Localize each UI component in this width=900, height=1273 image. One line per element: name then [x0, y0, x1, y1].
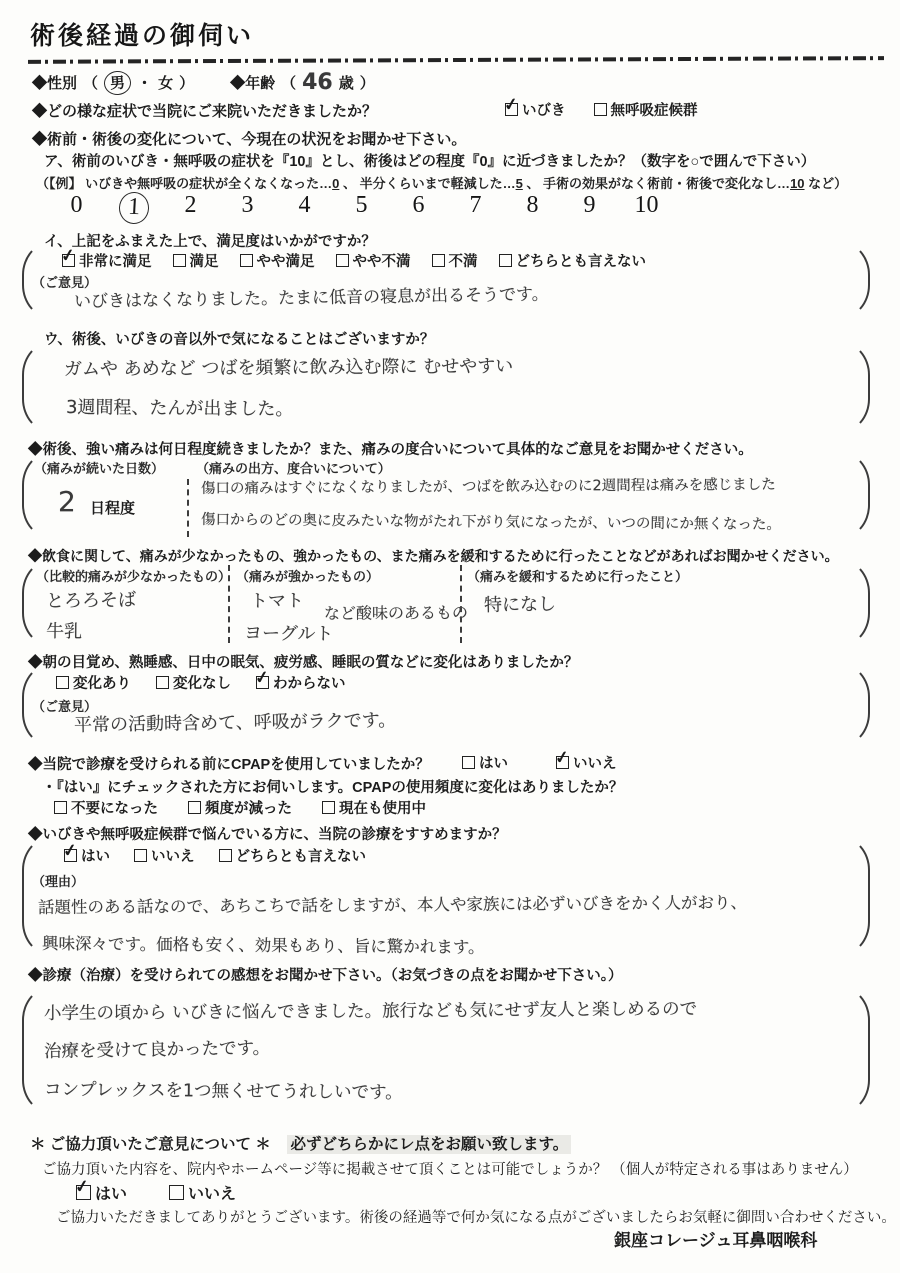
checkbox-cpap-hai-icon [462, 756, 475, 769]
scale-0: 0 [48, 192, 105, 224]
checkbox-susume-hai-icon [64, 849, 77, 862]
checkbox-hindo-hetta-icon [188, 801, 201, 814]
option-mukokyu: 無呼吸症候群 [594, 99, 698, 120]
scale-8: 8 [504, 192, 561, 224]
gender-female: 女 [158, 72, 173, 93]
food-tokuninashi-handwritten: 特になし [484, 590, 556, 617]
food-yogurt-handwritten: ヨーグルト [244, 619, 334, 646]
satisfaction-opinion-handwritten: いびきはなくなりました。たまに低音の寝息が出るそうです。 [74, 280, 549, 312]
pain-days-unit: 日程度 [90, 497, 135, 518]
scale-3: 3 [219, 192, 276, 224]
publish-options: はい いいえ [76, 1181, 236, 1204]
pain-days-value-handwritten: 2 [58, 485, 76, 518]
sleep-opinion-handwritten: 平常の活動時含めて、呼吸がラクです。 [74, 706, 397, 737]
checkbox-susume-iie-icon [134, 849, 147, 862]
checkbox-keisai-iie-icon [169, 1185, 184, 1200]
recommend-reason-label: （理由） [32, 871, 84, 890]
recommend-reason-line1-handwritten: 話題性のある話なので、あちこちで話をしますが、本人や家族には必ずいびきをかく人が… [38, 889, 747, 918]
title-divider [28, 56, 884, 64]
food-gyunyu-handwritten: 牛乳 [46, 617, 82, 643]
food-divider-1 [228, 565, 230, 643]
circle-annotation: 1 [118, 191, 150, 225]
gender-male-circled: 男 [103, 70, 132, 96]
cpap-options: はい いいえ [462, 752, 617, 773]
scale-5: 5 [333, 192, 390, 224]
option-yaya-fuman: やや不満 [336, 250, 411, 271]
sleep-box: 変化あり 変化なし わからない （ご意見） 平常の活動時含めて、呼吸がラクです。 [22, 663, 870, 747]
option-manzoku: 満足 [173, 250, 219, 271]
option-hindo-hetta: 頻度が減った [188, 797, 292, 818]
publish-question: ご協力頂いた内容を、院内やホームページ等に掲載させて頂くことは可能でしょうか？ … [42, 1158, 858, 1179]
change-example: （【例】 いびきや無呼吸の症状が全くなくなった…0 、 半分くらいまで軽減した…… [36, 173, 847, 192]
checkbox-genzai-shiyochu-icon [322, 801, 335, 814]
checkbox-henka-nashi-icon [156, 676, 169, 689]
pain-detail-line2-handwritten: 傷口からのどの奥に皮みたいな物がたれ下がり気になったが、いつの間にか無くなった。 [201, 508, 781, 534]
symptom-question: ◆どの様な症状で当院にご来院いただきましたか？ [32, 100, 377, 121]
sleep-options: 変化あり 変化なし わからない [56, 672, 346, 693]
satisfaction-options: 非常に満足 満足 やや満足 やや不満 不満 どちらとも言えない [62, 250, 646, 271]
gender-paren-open: （ [83, 72, 98, 93]
checkbox-susume-dochira-icon [219, 849, 232, 862]
profile-row: ◆性別 （ 男 ・ 女 ） ◆年齢 （ 46 歳 ） [32, 70, 375, 95]
scale-1-circled: 1 [105, 192, 162, 224]
pain-detail-line1-handwritten: 傷口の痛みはすぐになくなりましたが、つばを飲み込むのに2週間程は痛みを感じました [201, 473, 776, 498]
food-col2-label: （痛みが強かったもの） [236, 566, 379, 585]
rating-scale: 0 1 2 3 4 5 6 7 8 9 10 [48, 192, 675, 224]
checkbox-yaya-fuman-icon [336, 254, 349, 267]
checkbox-henka-ari-icon [56, 676, 69, 689]
option-henka-ari: 変化あり [56, 672, 131, 693]
option-genzai-shiyochu: 現在も使用中 [322, 797, 426, 818]
checkbox-fuyo-icon [54, 801, 67, 814]
option-henka-nashi: 変化なし [156, 672, 231, 693]
scale-4: 4 [276, 192, 333, 224]
food-tomato-handwritten: トマト [250, 587, 304, 613]
option-dochiratomo: どちらとも言えない [499, 250, 647, 271]
gender-separator: ・ [137, 72, 152, 93]
checkbox-hijoni-manzoku-icon [62, 254, 75, 267]
option-susume-hai: はい [64, 845, 110, 866]
questionnaire-sheet: 術後経過の御伺い ◆性別 （ 男 ・ 女 ） ◆年齢 （ 46 歳 ） ◆どの様… [0, 0, 900, 1273]
satisfaction-box: 非常に満足 満足 やや満足 やや不満 不満 どちらとも言えない （ご意見） いび… [22, 241, 870, 319]
option-keisai-hai: はい [76, 1181, 127, 1204]
footer-star-bold: 必ずどちらかにレ点をお願い致します。 [287, 1135, 571, 1154]
scale-7: 7 [447, 192, 504, 224]
checkbox-wakaranai-icon [256, 676, 269, 689]
option-susume-dochira: どちらとも言えない [219, 845, 367, 866]
food-sanmi-note-handwritten: など酸味のあるもの [324, 600, 468, 624]
option-susume-iie: いいえ [134, 845, 195, 866]
gender-label: ◆性別 [32, 72, 77, 93]
food-box: （比較的痛みが少なかったもの） （痛みが強かったもの） （痛みを緩和するために行… [22, 559, 870, 647]
food-col1-label: （比較的痛みが少なかったもの） [36, 566, 231, 585]
cpap-followup: ・『はい』にチェックされた方にお伺いします。CPAPの使用頻度に変化はありました… [42, 776, 623, 797]
recommend-reason-line2-handwritten: 興味深々です。価格も安く、効果もあり、旨に驚かれます。 [42, 930, 485, 958]
footer-star-note: ＊ ご協力頂いたご意見について ＊ 必ずどちらかにレ点をお願い致します。 [30, 1132, 571, 1154]
impression-heading: ◆診療（治療）を受けられての感想をお聞かせ下さい。（お気づきの点をお聞かせ下さい… [28, 964, 623, 985]
checkbox-manzoku-icon [173, 254, 186, 267]
thanks-note: ご協力いただきましてありがとうございます。術後の経過等で何か気になる点がございま… [56, 1206, 896, 1227]
option-fuman: 不満 [432, 250, 478, 271]
checkbox-ibiki-icon [505, 103, 518, 116]
checkbox-dochiratomo-icon [499, 254, 512, 267]
symptom-options: いびき 無呼吸症候群 [505, 99, 698, 120]
pain-box: （痛みが続いた日数） （痛みの出方、度合いについて） 2 日程度 傷口の痛みはす… [22, 451, 870, 539]
impression-line1-handwritten: 小学生の頃から いびきに悩んできました。旅行なども気にせず友人と楽しめるので [44, 995, 697, 1025]
change-heading: ◆術前・術後の変化について、今現在の状況をお聞かせ下さい。 [32, 128, 466, 149]
pain-days-label: （痛みが続いた日数） [34, 458, 164, 477]
change-sub-a: ア、術前のいびき・無呼吸の症状を『10』とし、術後はどの程度『0』に近づきました… [44, 150, 815, 171]
age-value-handwritten: 46 [302, 70, 333, 95]
option-fuyo: 不要になった [54, 797, 158, 818]
cpap-question: ◆当院で診療を受けられる前にCPAPを使用していましたか？ [28, 753, 430, 774]
recommend-box: はい いいえ どちらとも言えない （理由） 話題性のある話なので、あちこちで話を… [22, 836, 870, 956]
checkbox-keisai-hai-icon [76, 1185, 91, 1200]
option-cpap-hai: はい [462, 752, 508, 773]
pain-column-divider [187, 479, 189, 537]
checkbox-cpap-iie-icon [556, 756, 569, 769]
concerns-line2-handwritten: 3週間程、たんが出ました。 [66, 393, 294, 421]
impression-line2-handwritten: 治療を受けて良かったです。 [44, 1034, 270, 1063]
concerns-box: ガムや あめなど つばを頻繁に飲み込む際に むせやすい 3週間程、たんが出ました… [22, 341, 870, 433]
footer-star-prefix: ＊ ご協力頂いたご意見について ＊ [30, 1136, 271, 1153]
age-paren-close: ） [360, 72, 375, 93]
age-paren-open: （ [281, 72, 296, 93]
checkbox-mukokyu-icon [594, 103, 607, 116]
option-hijoni-manzoku: 非常に満足 [62, 250, 152, 271]
age-unit: 歳 [339, 72, 354, 93]
option-cpap-iie: いいえ [556, 752, 617, 773]
option-wakaranai: わからない [256, 672, 346, 693]
option-yaya-manzoku: やや満足 [240, 250, 315, 271]
option-keisai-iie: いいえ [169, 1181, 236, 1204]
scale-6: 6 [390, 192, 447, 224]
impression-line3-handwritten: コンプレックスを1つ無くせてうれしいです。 [44, 1076, 403, 1104]
recommend-options: はい いいえ どちらとも言えない [64, 845, 366, 866]
scale-2: 2 [162, 192, 219, 224]
clinic-name: 銀座コレージュ耳鼻咽喉科 [614, 1226, 817, 1251]
option-ibiki: いびき [505, 99, 566, 120]
food-col3-label: （痛みを緩和するために行ったこと） [467, 566, 688, 585]
cpap-followup-options: 不要になった 頻度が減った 現在も使用中 [54, 797, 426, 818]
checkbox-fuman-icon [432, 254, 445, 267]
gender-paren-close: ） [179, 72, 194, 93]
scale-10: 10 [618, 192, 675, 224]
form-title: 術後経過の御伺い [30, 16, 254, 52]
pain-detail-label: （痛みの出方、度合いについて） [196, 458, 391, 477]
food-tororosoba-handwritten: とろろそば [46, 586, 136, 613]
scale-9: 9 [561, 192, 618, 224]
checkbox-yaya-manzoku-icon [240, 254, 253, 267]
age-label: ◆年齢 [230, 72, 275, 93]
concerns-line1-handwritten: ガムや あめなど つばを頻繁に飲み込む際に むせやすい [64, 352, 513, 381]
impression-box: 小学生の頃から いびきに悩んできました。旅行なども気にせず友人と楽しめるので 治… [22, 986, 870, 1114]
